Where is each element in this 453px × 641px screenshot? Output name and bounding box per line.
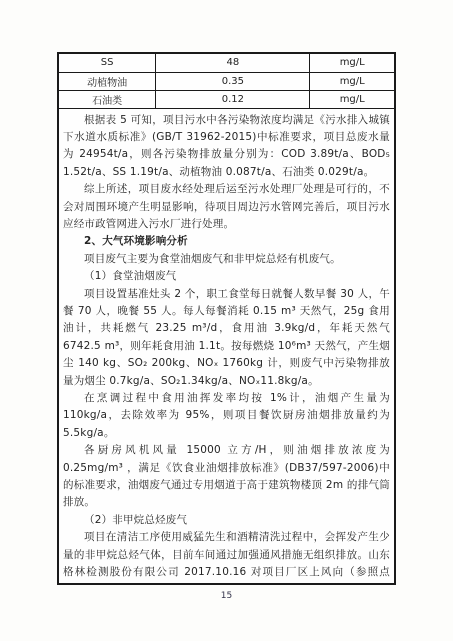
table-row: SS 48 mg/L (59, 54, 394, 72)
value-cell: 0.35 (156, 72, 310, 90)
document-content-frame: SS 48 mg/L 动植物油 0.35 mg/L 石油类 0.12 mg/L … (57, 52, 396, 585)
paragraph-wastewater-conclusion-1: 根据表 5 可知，项目污水中各污染物浓度均满足《污水排入城镇下水道水质标准》(G… (63, 112, 390, 182)
unit-cell: mg/L (310, 90, 394, 108)
paragraph-canteen-fume-detail: 项目设置基准灶头 2 个，职工食堂每日就餐人数早餐 30 人，午餐 70 人，晚… (63, 286, 390, 390)
paragraph-waste-gas-overview: 项目废气主要为食堂油烟废气和非甲烷总烃有机废气。 (63, 251, 390, 268)
subheading-canteen-fume: （1）食堂油烟废气 (63, 268, 390, 285)
table-row: 动植物油 0.35 mg/L (59, 72, 394, 90)
heading-air-environment-analysis: 2、大气环境影响分析 (63, 233, 390, 250)
value-cell: 48 (156, 54, 310, 72)
paragraph-fume-concentration: 各厨房风机风量 15000 立方/H，则油烟排放浓度为 0.25mg/m³ ，满… (63, 442, 390, 512)
pollutant-concentration-table: SS 48 mg/L 动植物油 0.35 mg/L 石油类 0.12 mg/L (59, 54, 394, 109)
param-cell: 石油类 (59, 90, 156, 108)
paragraph-cooking-fume-emission: 在烹调过程中食用油挥发率均按 1%计，油烟产生量为 110kg/a，去除效率为 … (63, 390, 390, 442)
param-cell: 动植物油 (59, 72, 156, 90)
unit-cell: mg/L (310, 72, 394, 90)
paragraph-wastewater-conclusion-2: 综上所述，项目废水经处理后运至污水处理厂处理是可行的，不会对周围环境产生明显影响… (63, 181, 390, 233)
unit-cell: mg/L (310, 54, 394, 72)
body-text-block: 根据表 5 可知，项目污水中各污染物浓度均满足《污水排入城镇下水道水质标准》(G… (59, 109, 394, 586)
paragraph-nmhc-detail: 项目在清洁工序使用威猛先生和酒精清洗过程中，会挥发产生少量的非甲烷总烃气体，目前… (63, 529, 390, 585)
subheading-nmhc-waste-gas: （2）非甲烷总烃废气 (63, 512, 390, 529)
table-row: 石油类 0.12 mg/L (59, 90, 394, 108)
page-number: 15 (0, 591, 453, 601)
value-cell: 0.12 (156, 90, 310, 108)
param-cell: SS (59, 54, 156, 72)
